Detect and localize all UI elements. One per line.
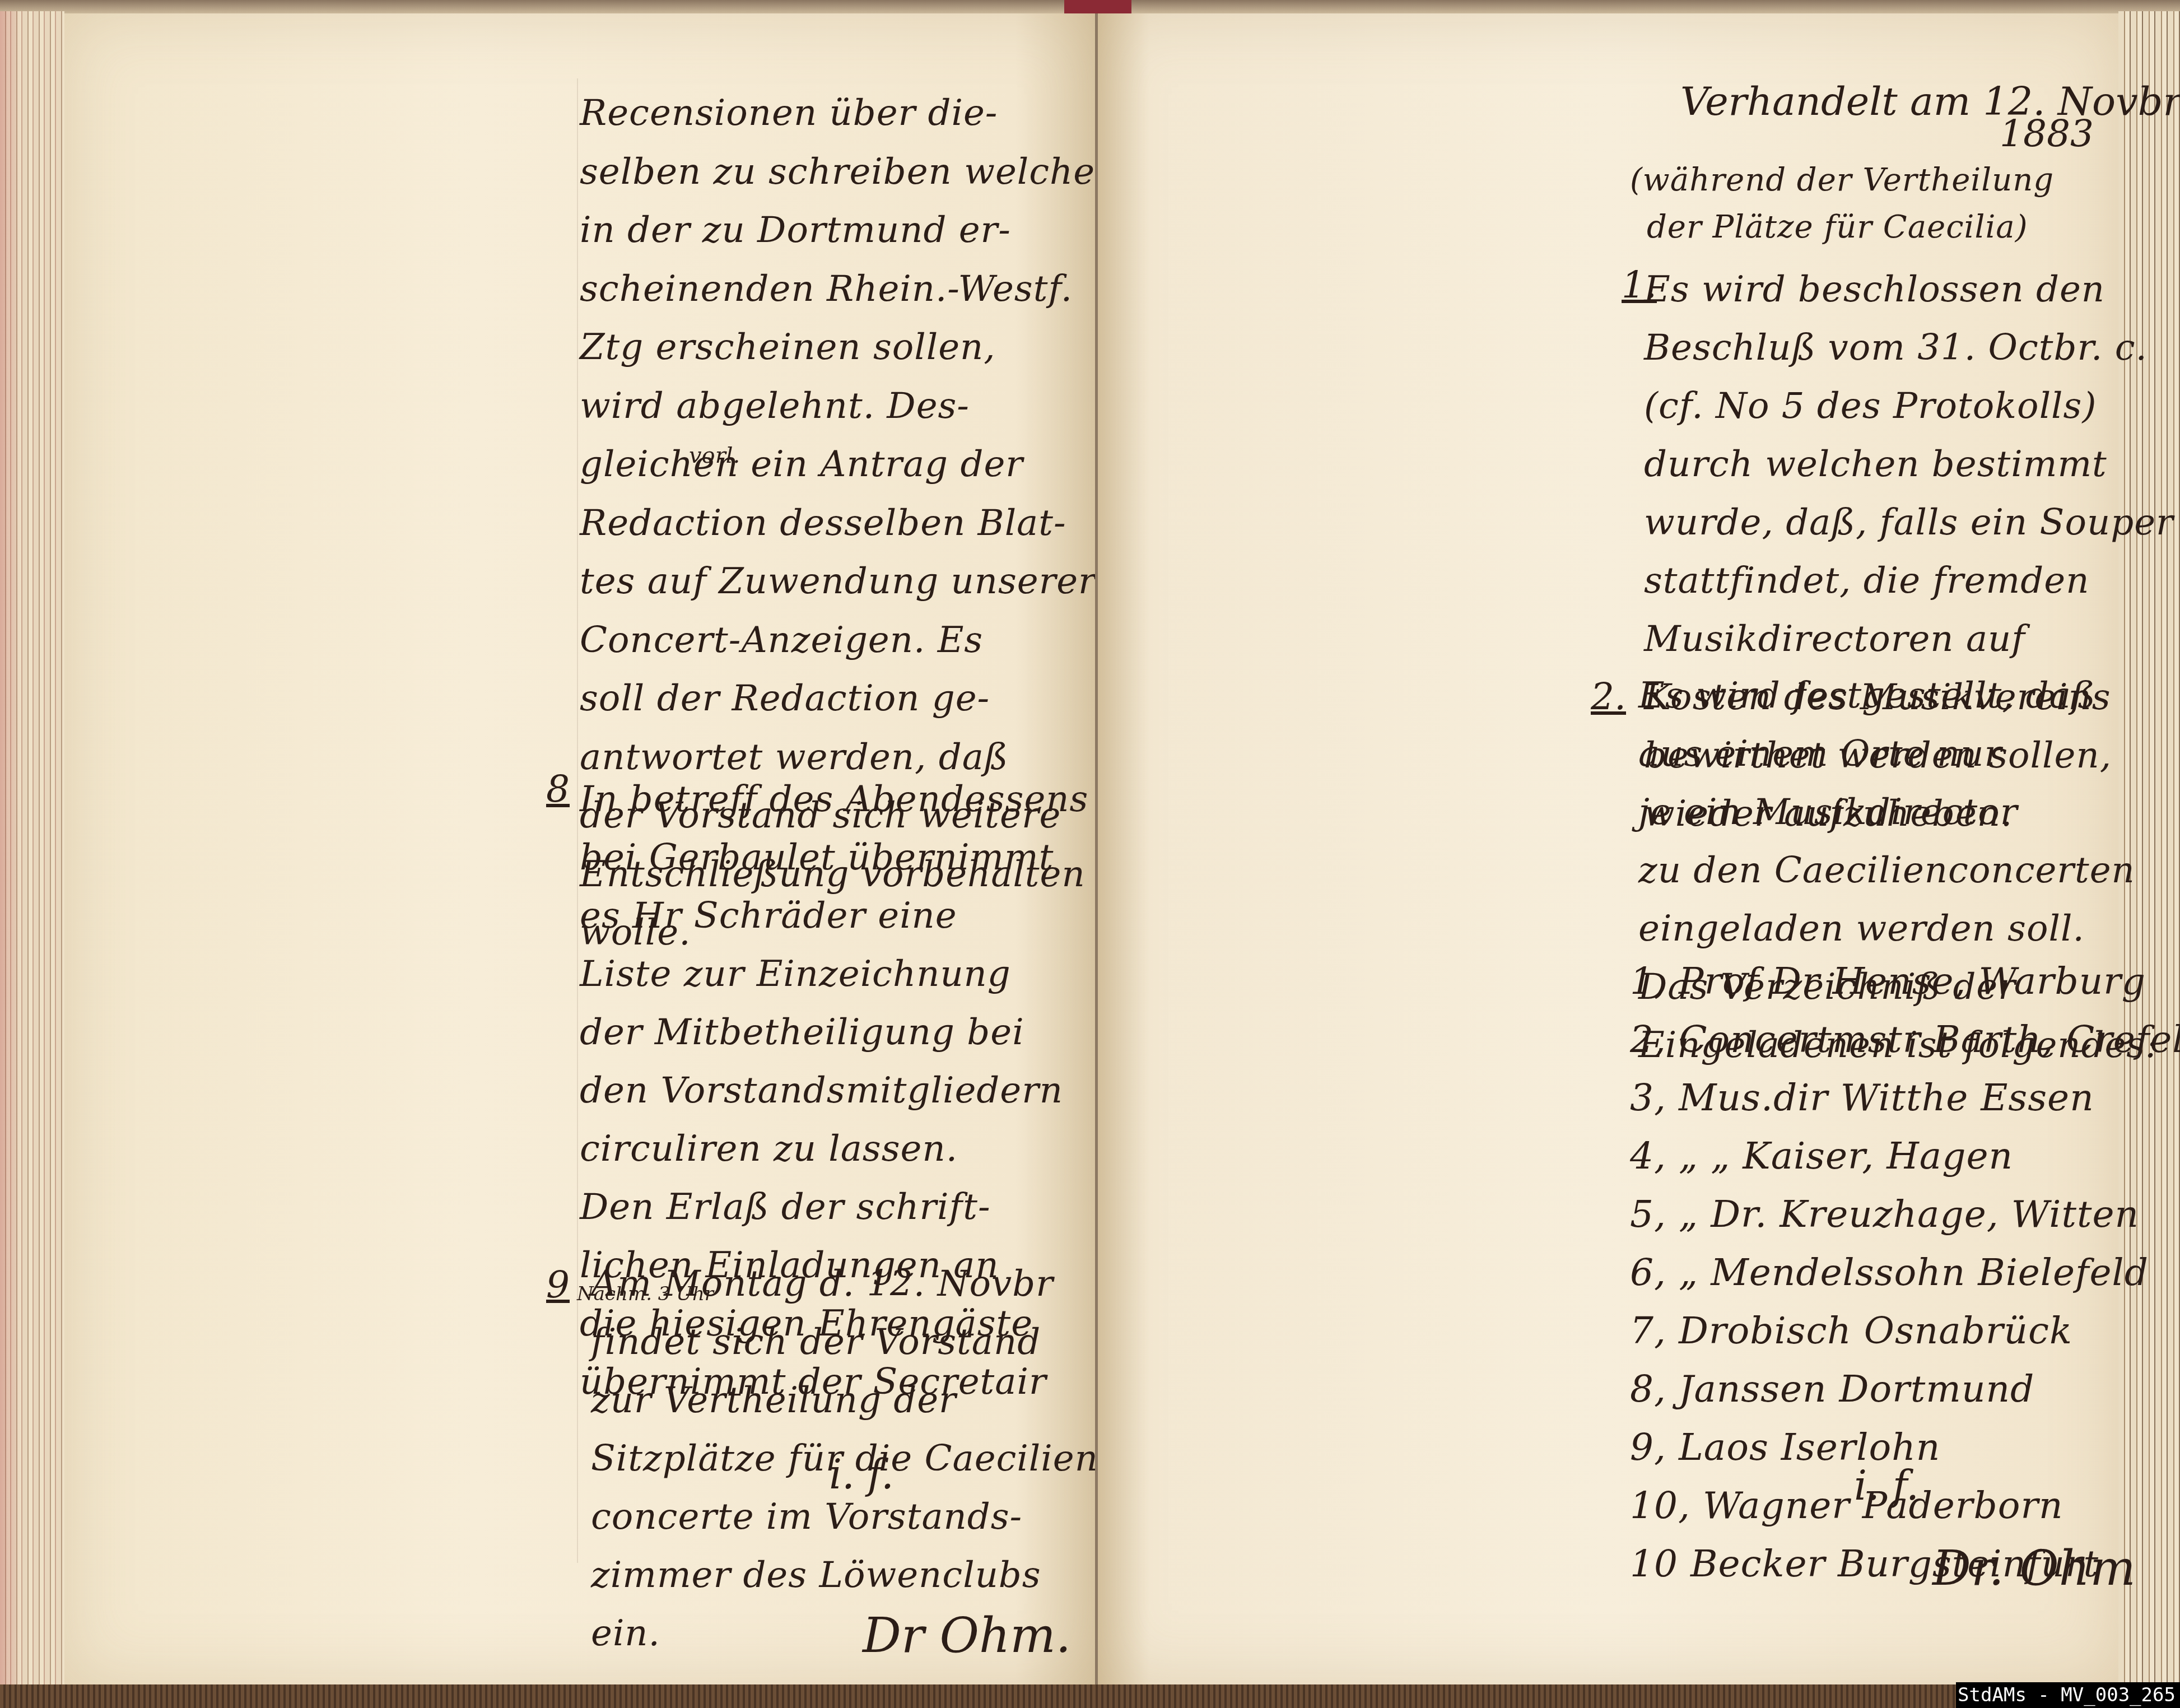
text-line: Beschluß vom 31. Octbr. c.	[1644, 319, 2174, 377]
invitee-number: 10,	[1630, 1484, 1690, 1527]
invitee-city: Osnabrück	[1864, 1309, 2072, 1352]
signature-left: Dr Ohm.	[863, 1608, 1071, 1664]
invitee-title: Prof Dr	[1679, 960, 1820, 1003]
signature-right: Dr. Ohm	[1932, 1541, 2136, 1597]
invitee-row: 6, „ Mendelssohn Bielefeld	[1630, 1244, 2180, 1302]
text-line: circuliren zu lassen.	[580, 1120, 1088, 1178]
text-line: Ztg erscheinen sollen,	[580, 318, 1084, 377]
text-line: in der zu Dortmund er-	[580, 201, 1084, 260]
signature-abbr-right: i. f.	[1854, 1462, 1919, 1509]
text-line: Redaction desselben Blat-	[580, 494, 1084, 553]
text-line: selben zu schreiben welche	[580, 143, 1084, 202]
interlinear-insertion-time: Nachm. 3 Uhr	[577, 1283, 714, 1305]
text-line: Concert-Anzeigen. Es	[580, 611, 1084, 670]
text-line: In betreff des Abendessens	[580, 770, 1088, 829]
text-line: findet sich der Vorstand	[591, 1313, 1111, 1371]
text-line: es Hr Schräder eine	[580, 887, 1088, 945]
subheading-line: (während der Vertheilung	[1630, 157, 2054, 204]
invitee-number: 9,	[1630, 1426, 1666, 1469]
text-line: eingeladen werden soll.	[1638, 900, 2158, 958]
bleed-through-text-right	[1165, 112, 1602, 1512]
left-page-stack-edge	[0, 11, 64, 1686]
invitee-row: 2, Concertmstr Barth, Crefeld	[1630, 1011, 2180, 1069]
invitee-number: 4,	[1630, 1134, 1666, 1178]
minutes-subheading: (während der Vertheilung der Plätze für …	[1630, 157, 2054, 251]
invitee-name: Wagner	[1703, 1484, 1850, 1527]
invitee-title: Mus.dir	[1679, 1076, 1828, 1119]
interlinear-insertion: vorl.	[689, 443, 740, 468]
text-line: je ein Musikdirector	[1638, 783, 2158, 841]
invitee-number: 7,	[1630, 1309, 1666, 1352]
archive-caption: StdAMs - MV_003_265	[1956, 1682, 2180, 1708]
invitee-name: Kaiser,	[1743, 1134, 1874, 1178]
text-line: soll der Redaction ge-	[580, 669, 1084, 728]
text-line: wird abgelehnt. Des-	[580, 377, 1084, 436]
text-line: (cf. No 5 des Protokolls)	[1644, 377, 2174, 435]
text-line: zu den Caecilienconcerten	[1638, 841, 2158, 900]
invitee-number: 1,	[1630, 960, 1666, 1003]
invitee-city: Essen	[1981, 1076, 2094, 1119]
invitee-title: „	[1679, 1251, 1698, 1294]
text-line: Recensionen über die-	[580, 84, 1084, 143]
invitee-name: Drobisch	[1679, 1309, 1852, 1352]
invitee-row: 4, „ „ Kaiser, Hagen	[1630, 1127, 2180, 1185]
text-line: wurde, daß, falls ein Souper	[1644, 494, 2174, 552]
signature-abbr-left: i. f.	[829, 1451, 894, 1498]
spine-ribbon	[1064, 0, 1131, 15]
invitee-city: Warburg	[1979, 960, 2146, 1003]
subheading-line: der Plätze für Caecilia)	[1630, 204, 2054, 251]
text-line: zur Vertheilung der	[591, 1371, 1111, 1430]
invitee-name: Mendelssohn	[1711, 1251, 1965, 1294]
invitee-name: Kreuzhage,	[1780, 1193, 1999, 1236]
invitee-title: „ „	[1679, 1134, 1730, 1178]
invitee-number: 3,	[1630, 1076, 1666, 1119]
invitee-city: Witten	[2011, 1193, 2139, 1236]
invitee-title: „ Dr.	[1679, 1193, 1767, 1236]
text-line: Musikdirectoren auf	[1644, 610, 2174, 668]
text-line: Den Erlaß der schrift-	[580, 1178, 1088, 1236]
text-line: bei Gerbaulet übernimmt	[580, 829, 1088, 887]
text-line: der Mitbetheiligung bei	[580, 1003, 1088, 1062]
book-spread: Recensionen über die- selben zu schreibe…	[0, 0, 2180, 1708]
invitee-row: 8, Janssen Dortmund	[1630, 1360, 2180, 1418]
text-line: aus einem Orte nur	[1638, 725, 2158, 783]
invitee-number: 5,	[1630, 1193, 1666, 1236]
invitee-row: 7, Drobisch Osnabrück	[1630, 1302, 2180, 1360]
invitee-number: 10	[1630, 1542, 1678, 1585]
invitee-row: 3, Mus.dir Witthe Essen	[1630, 1069, 2180, 1127]
invitee-name: Barth,	[1933, 1018, 2053, 1061]
invitee-row: 1, Prof Dr Hense, Warburg	[1630, 952, 2180, 1011]
item-number-8: 8	[546, 767, 570, 811]
left-page-margin-rule	[577, 78, 578, 1563]
invitee-title: Concertmstr	[1679, 1018, 1921, 1061]
minutes-heading: Verhandelt am 12. Novbr	[1680, 78, 2180, 124]
invitee-number: 6,	[1630, 1251, 1666, 1294]
invitee-city: Crefeld	[2066, 1018, 2180, 1061]
text-line: stattfindet, die fremden	[1644, 552, 2174, 610]
invitee-city: Bielefeld	[1978, 1251, 2149, 1294]
invitee-city: Hagen	[1886, 1134, 2013, 1178]
text-line: Es wird beschlossen den	[1644, 260, 2174, 319]
text-line: Es wird festgestellt, daß	[1638, 667, 2158, 725]
text-line: Liste zur Einzeichnung	[580, 945, 1088, 1003]
text-line: durch welchen bestimmt	[1644, 435, 2174, 494]
invitee-name: Janssen	[1679, 1367, 1827, 1411]
invitee-number: 8,	[1630, 1367, 1666, 1411]
text-line: zimmer des Löwenclubs	[591, 1546, 1111, 1604]
invitee-name: Becker	[1690, 1542, 1825, 1585]
invitee-row: 5, „ Dr. Kreuzhage, Witten	[1630, 1185, 2180, 1244]
text-line: tes auf Zuwendung unserer	[580, 552, 1084, 611]
invitee-name: Hense,	[1833, 960, 1967, 1003]
book-bottom-edge	[0, 1684, 2180, 1708]
invitee-name: Laos	[1679, 1426, 1769, 1469]
invitee-name: Witthe	[1841, 1076, 1968, 1119]
item-number-2: 2.	[1591, 675, 1626, 718]
text-line: den Vorstandsmitgliedern	[580, 1062, 1088, 1120]
text-line: gleichen ein Antrag der	[580, 435, 1084, 494]
invitee-city: Dortmund	[1839, 1367, 2035, 1411]
minutes-heading-year: 1883	[2000, 112, 2094, 155]
item-number-9: 9	[546, 1263, 570, 1306]
bleed-through-text-left	[90, 112, 527, 1512]
text-line: scheinenden Rhein.-Westf.	[580, 260, 1084, 319]
invitee-number: 2,	[1630, 1018, 1666, 1061]
